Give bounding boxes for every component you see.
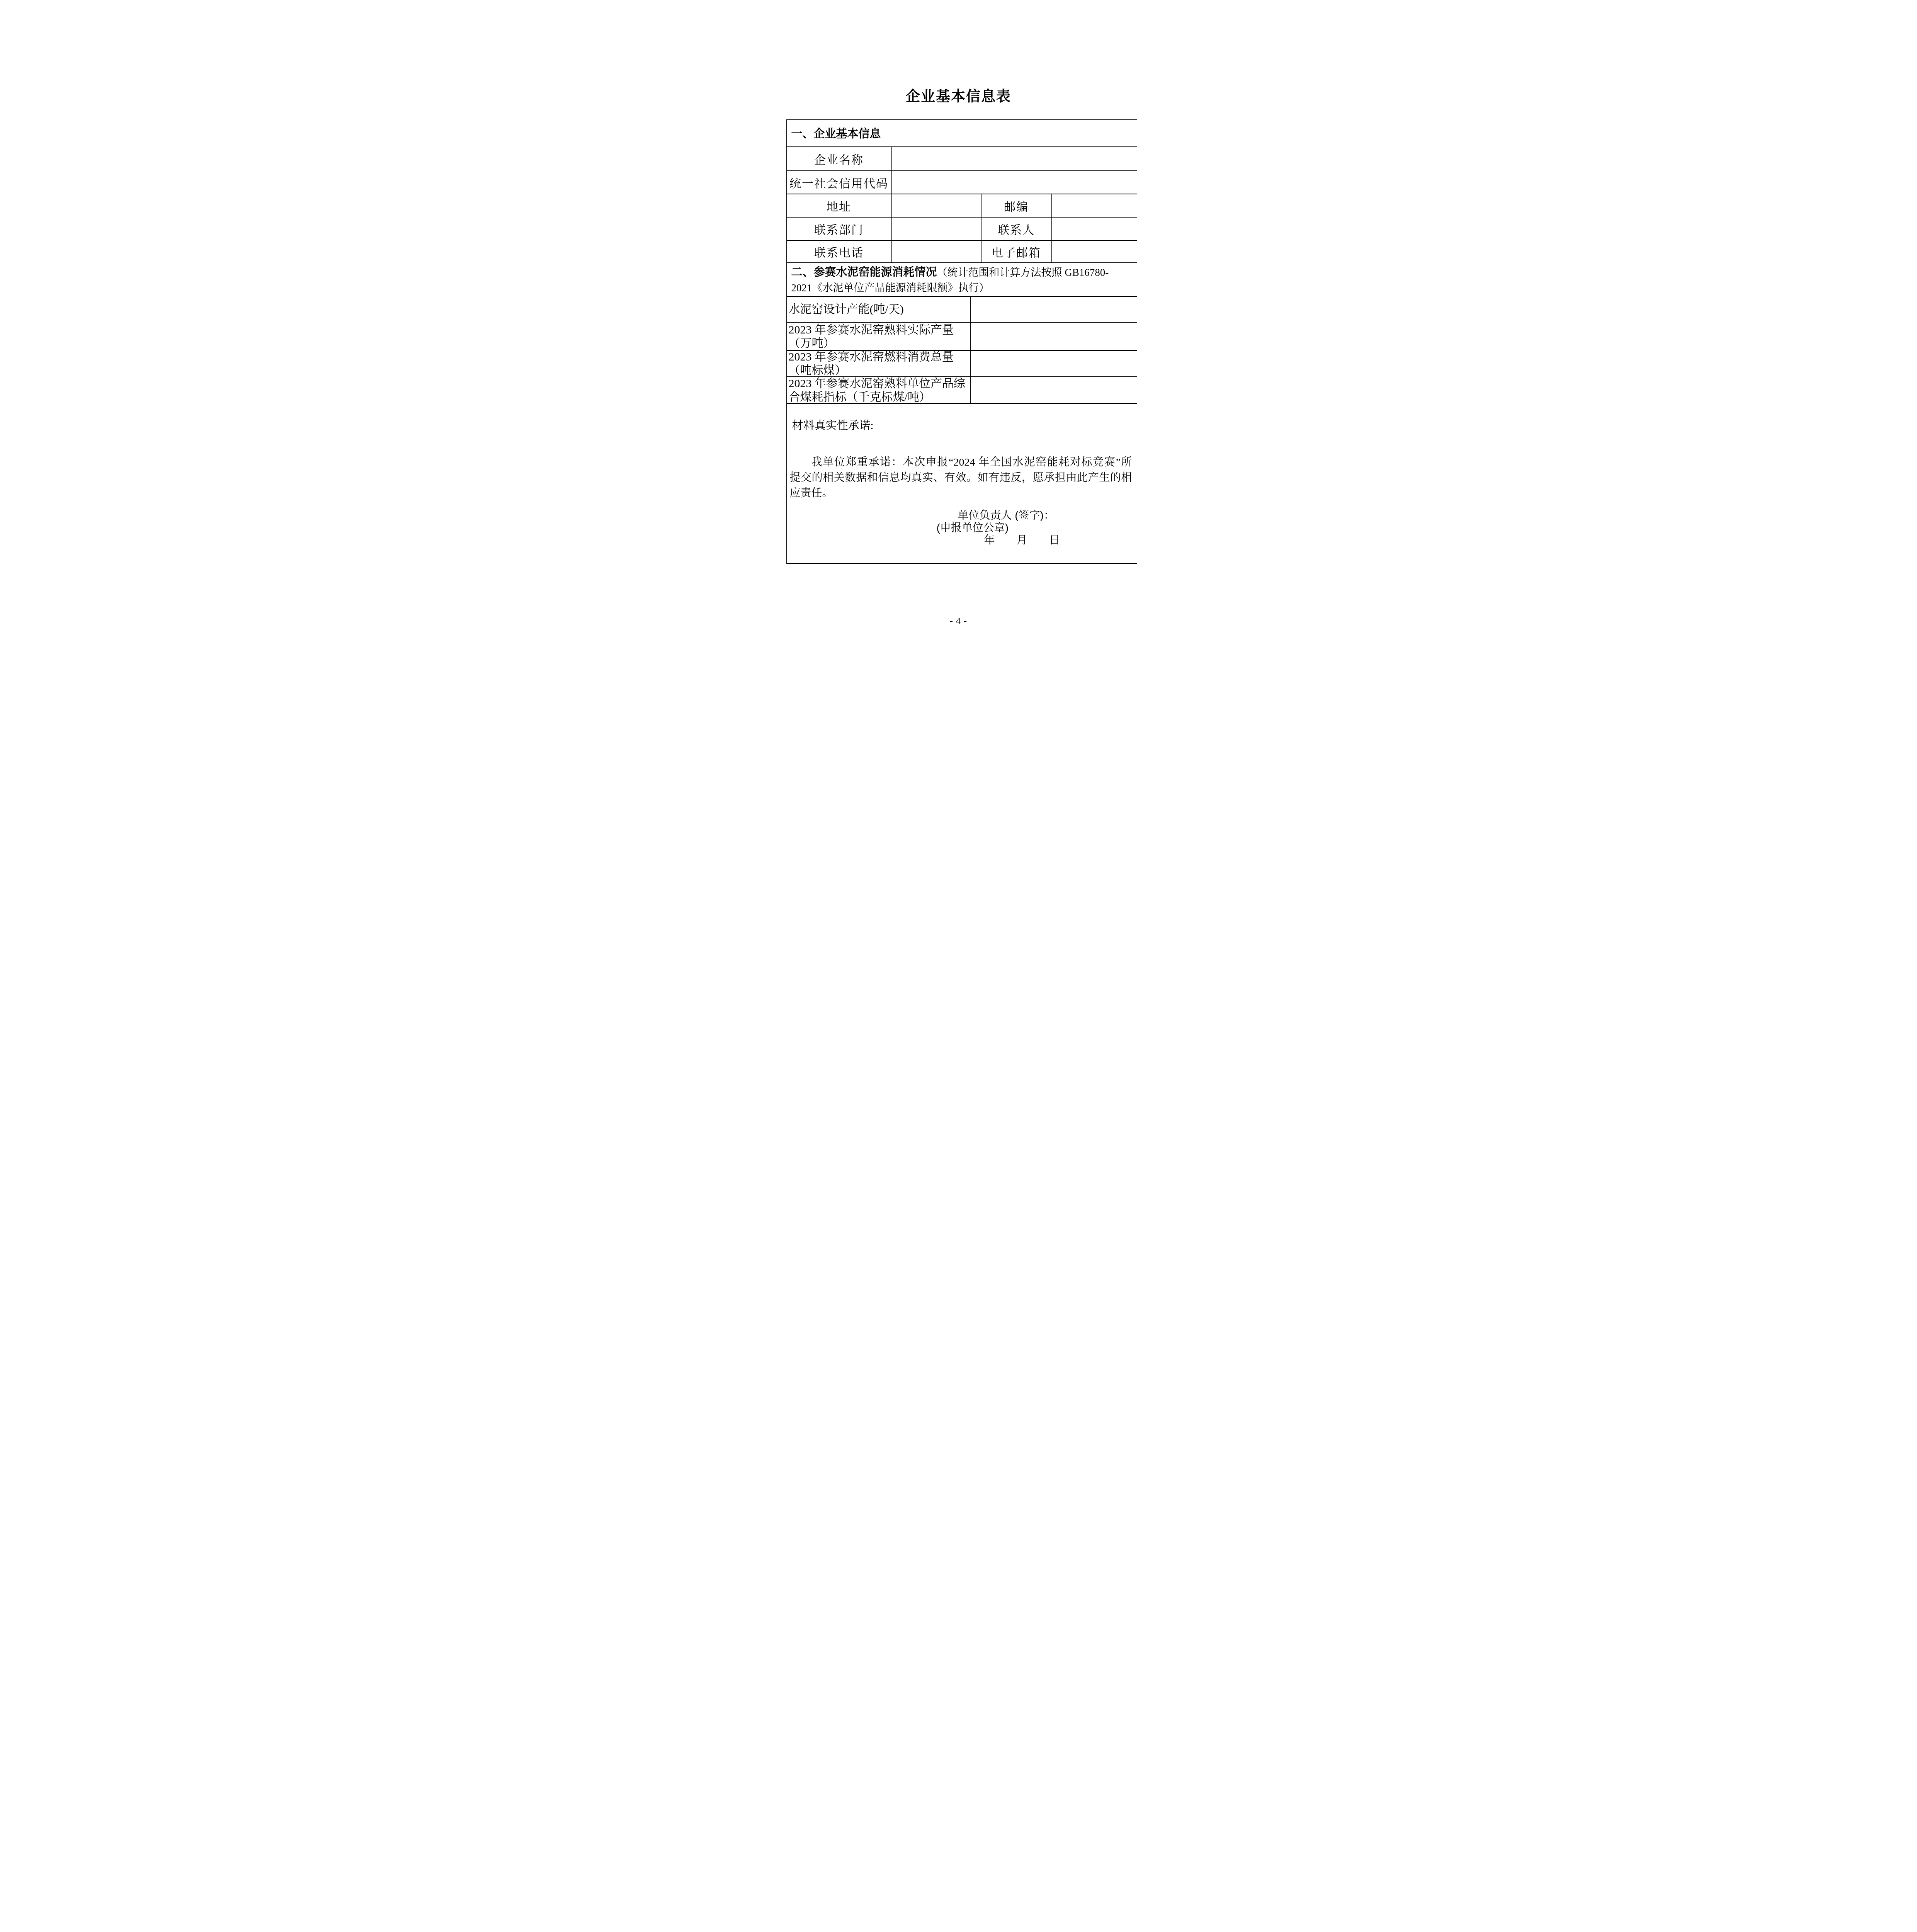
phone-label: 联系电话 — [787, 241, 892, 262]
contact-person-value-cell — [1052, 218, 1137, 240]
contact-person-label: 联系人 — [981, 218, 1052, 240]
section1-heading: 一、企业基本信息 — [787, 120, 1137, 146]
document-page: 企业基本信息表 一、企业基本信息 企业名称 统一社会信用代码 地址 邮编 联系部… — [719, 0, 1198, 678]
table-row-fuel-consumption: 2023 年参赛水泥窑燃料消费总量（吨标煤） — [787, 351, 1137, 377]
table-row-credit-code: 统一社会信用代码 — [787, 171, 1137, 194]
table-row-company-name: 企业名称 — [787, 147, 1137, 171]
phone-value-cell — [892, 241, 981, 262]
table-row-contact-dept-person: 联系部门 联系人 — [787, 218, 1137, 241]
commitment-line-1: 我单位郑重承诺：本次申报“2024 年全国水泥窑能耗对标竞赛”所 — [790, 455, 1132, 470]
commitment-cell: 材料真实性承诺: 我单位郑重承诺：本次申报“2024 年全国水泥窑能耗对标竞赛”… — [787, 404, 1137, 563]
credit-code-label: 统一社会信用代码 — [787, 171, 892, 194]
section2-heading-note-line1: （统计范围和计算方法按照 GB16780- — [937, 267, 1109, 278]
page-title: 企业基本信息表 — [719, 88, 1198, 106]
address-label: 地址 — [787, 194, 892, 217]
enterprise-info-table: 一、企业基本信息 企业名称 统一社会信用代码 地址 邮编 联系部门 联系人 — [786, 119, 1137, 564]
section2-heading-note-line2: 2021《水泥单位产品能源消耗限额》执行） — [791, 282, 990, 294]
fuel-consumption-value-cell — [971, 351, 1137, 376]
section2-heading-row: 二、参赛水泥窑能源消耗情况（统计范围和计算方法按照 GB16780- 2021《… — [787, 263, 1137, 297]
section1-heading-row: 一、企业基本信息 — [787, 120, 1137, 147]
clinker-output-value-cell — [971, 323, 1137, 350]
clinker-output-label: 2023 年参赛水泥窑熟料实际产量（万吨） — [787, 323, 971, 350]
contact-dept-value-cell — [892, 218, 981, 240]
coal-index-label: 2023 年参赛水泥窑熟料单位产品综合煤耗指标（千克标煤/吨） — [787, 377, 971, 403]
commitment-row: 材料真实性承诺: 我单位郑重承诺：本次申报“2024 年全国水泥窑能耗对标竞赛”… — [787, 404, 1137, 563]
table-row-coal-index: 2023 年参赛水泥窑熟料单位产品综合煤耗指标（千克标煤/吨） — [787, 377, 1137, 404]
design-capacity-label: 水泥窑设计产能(吨/天) — [787, 297, 971, 322]
table-row-phone-email: 联系电话 电子邮箱 — [787, 241, 1137, 263]
company-name-value-cell — [892, 147, 1137, 170]
page-number: - 4 - — [719, 616, 1198, 626]
seal-label: (申报单位公章) — [937, 521, 1009, 534]
section2-heading: 二、参赛水泥窑能源消耗情况（统计范围和计算方法按照 GB16780- 2021《… — [787, 263, 1137, 296]
table-row-clinker-output: 2023 年参赛水泥窑熟料实际产量（万吨） — [787, 323, 1137, 351]
commitment-line-3: 应责任。 — [790, 486, 1132, 501]
postcode-value-cell — [1052, 194, 1137, 217]
email-value-cell — [1052, 241, 1137, 262]
coal-index-value-cell — [971, 377, 1137, 403]
address-value-cell — [892, 194, 981, 217]
signature-label: 单位负责人 (签字)： — [958, 509, 1055, 522]
table-row-address-postcode: 地址 邮编 — [787, 194, 1137, 218]
date-label: 年 月 日 — [984, 534, 1060, 547]
fuel-consumption-label: 2023 年参赛水泥窑燃料消费总量（吨标煤） — [787, 351, 971, 376]
table-row-design-capacity: 水泥窑设计产能(吨/天) — [787, 297, 1137, 323]
email-label: 电子邮箱 — [981, 241, 1052, 262]
postcode-label: 邮编 — [981, 194, 1052, 217]
commitment-title: 材料真实性承诺: — [792, 417, 874, 433]
credit-code-value-cell — [892, 171, 1137, 194]
contact-dept-label: 联系部门 — [787, 218, 892, 240]
commitment-line-2: 提交的相关数据和信息均真实、有效。如有违反，愿承担由此产生的相 — [790, 470, 1132, 486]
section2-heading-bold: 二、参赛水泥窑能源消耗情况 — [791, 266, 937, 279]
design-capacity-value-cell — [971, 297, 1137, 322]
company-name-label: 企业名称 — [787, 147, 892, 170]
commitment-paragraph: 我单位郑重承诺：本次申报“2024 年全国水泥窑能耗对标竞赛”所 提交的相关数据… — [790, 455, 1132, 501]
